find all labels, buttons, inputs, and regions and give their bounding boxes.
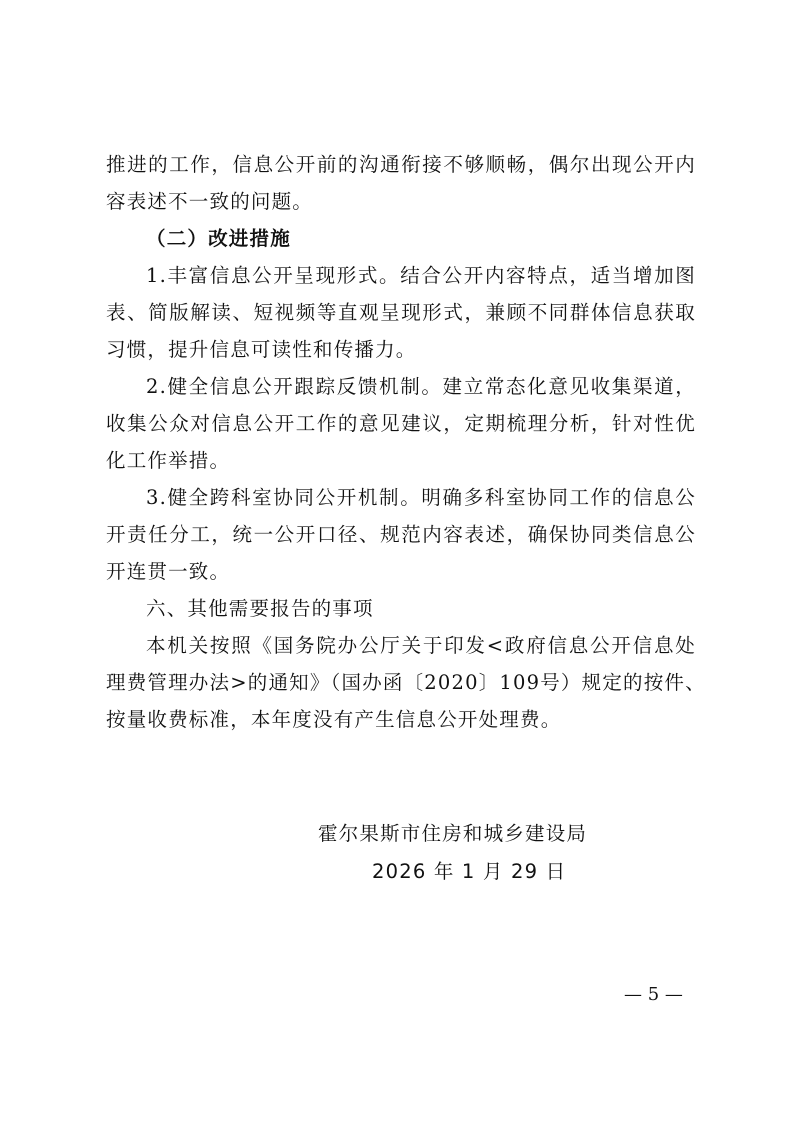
section-subheading: （二）改进措施 — [146, 220, 696, 257]
paragraph-line: 2.健全信息公开跟踪反馈机制。建立常态化意见收集渠道， — [146, 368, 696, 405]
paragraph-line: 开连贯一致。 — [106, 553, 230, 590]
signature-organization: 霍尔果斯市住房和城乡建设局 — [318, 818, 587, 846]
paragraph-line: 收集公众对信息公开工作的意见建议，定期梳理分析，针对性优 — [106, 405, 696, 442]
paragraph-line: 理费管理办法>的通知》（国办函〔2020〕109号）规定的按件、 — [106, 664, 696, 701]
paragraph-line: 化工作举措。 — [106, 442, 230, 479]
paragraph-line: 表、简版解读、短视频等直观呈现形式，兼顾不同群体信息获取 — [106, 294, 696, 331]
paragraph-line: 习惯，提升信息可读性和传播力。 — [106, 331, 417, 368]
paragraph-line: 3.健全跨科室协同公开机制。明确多科室协同工作的信息公 — [146, 479, 696, 516]
paragraph-line: 推进的工作，信息公开前的沟通衔接不够顺畅，偶尔出现公开内 — [106, 146, 696, 183]
section-heading: 六、其他需要报告的事项 — [146, 590, 696, 627]
page-number: — 5 — — [624, 984, 683, 1005]
paragraph-line: 开责任分工，统一公开口径、规范内容表述，确保协同类信息公 — [106, 516, 696, 553]
paragraph-line: 按量收费标准，本年度没有产生信息公开处理费。 — [106, 701, 561, 738]
paragraph-line: 容表述不一致的问题。 — [106, 183, 313, 220]
signature-date: 2026 年 1 月 29 日 — [372, 856, 566, 884]
paragraph-line: 本机关按照《国务院办公厅关于印发<政府信息公开信息处 — [146, 627, 696, 664]
paragraph-line: 1.丰富信息公开呈现形式。结合公开内容特点，适当增加图 — [146, 257, 696, 294]
